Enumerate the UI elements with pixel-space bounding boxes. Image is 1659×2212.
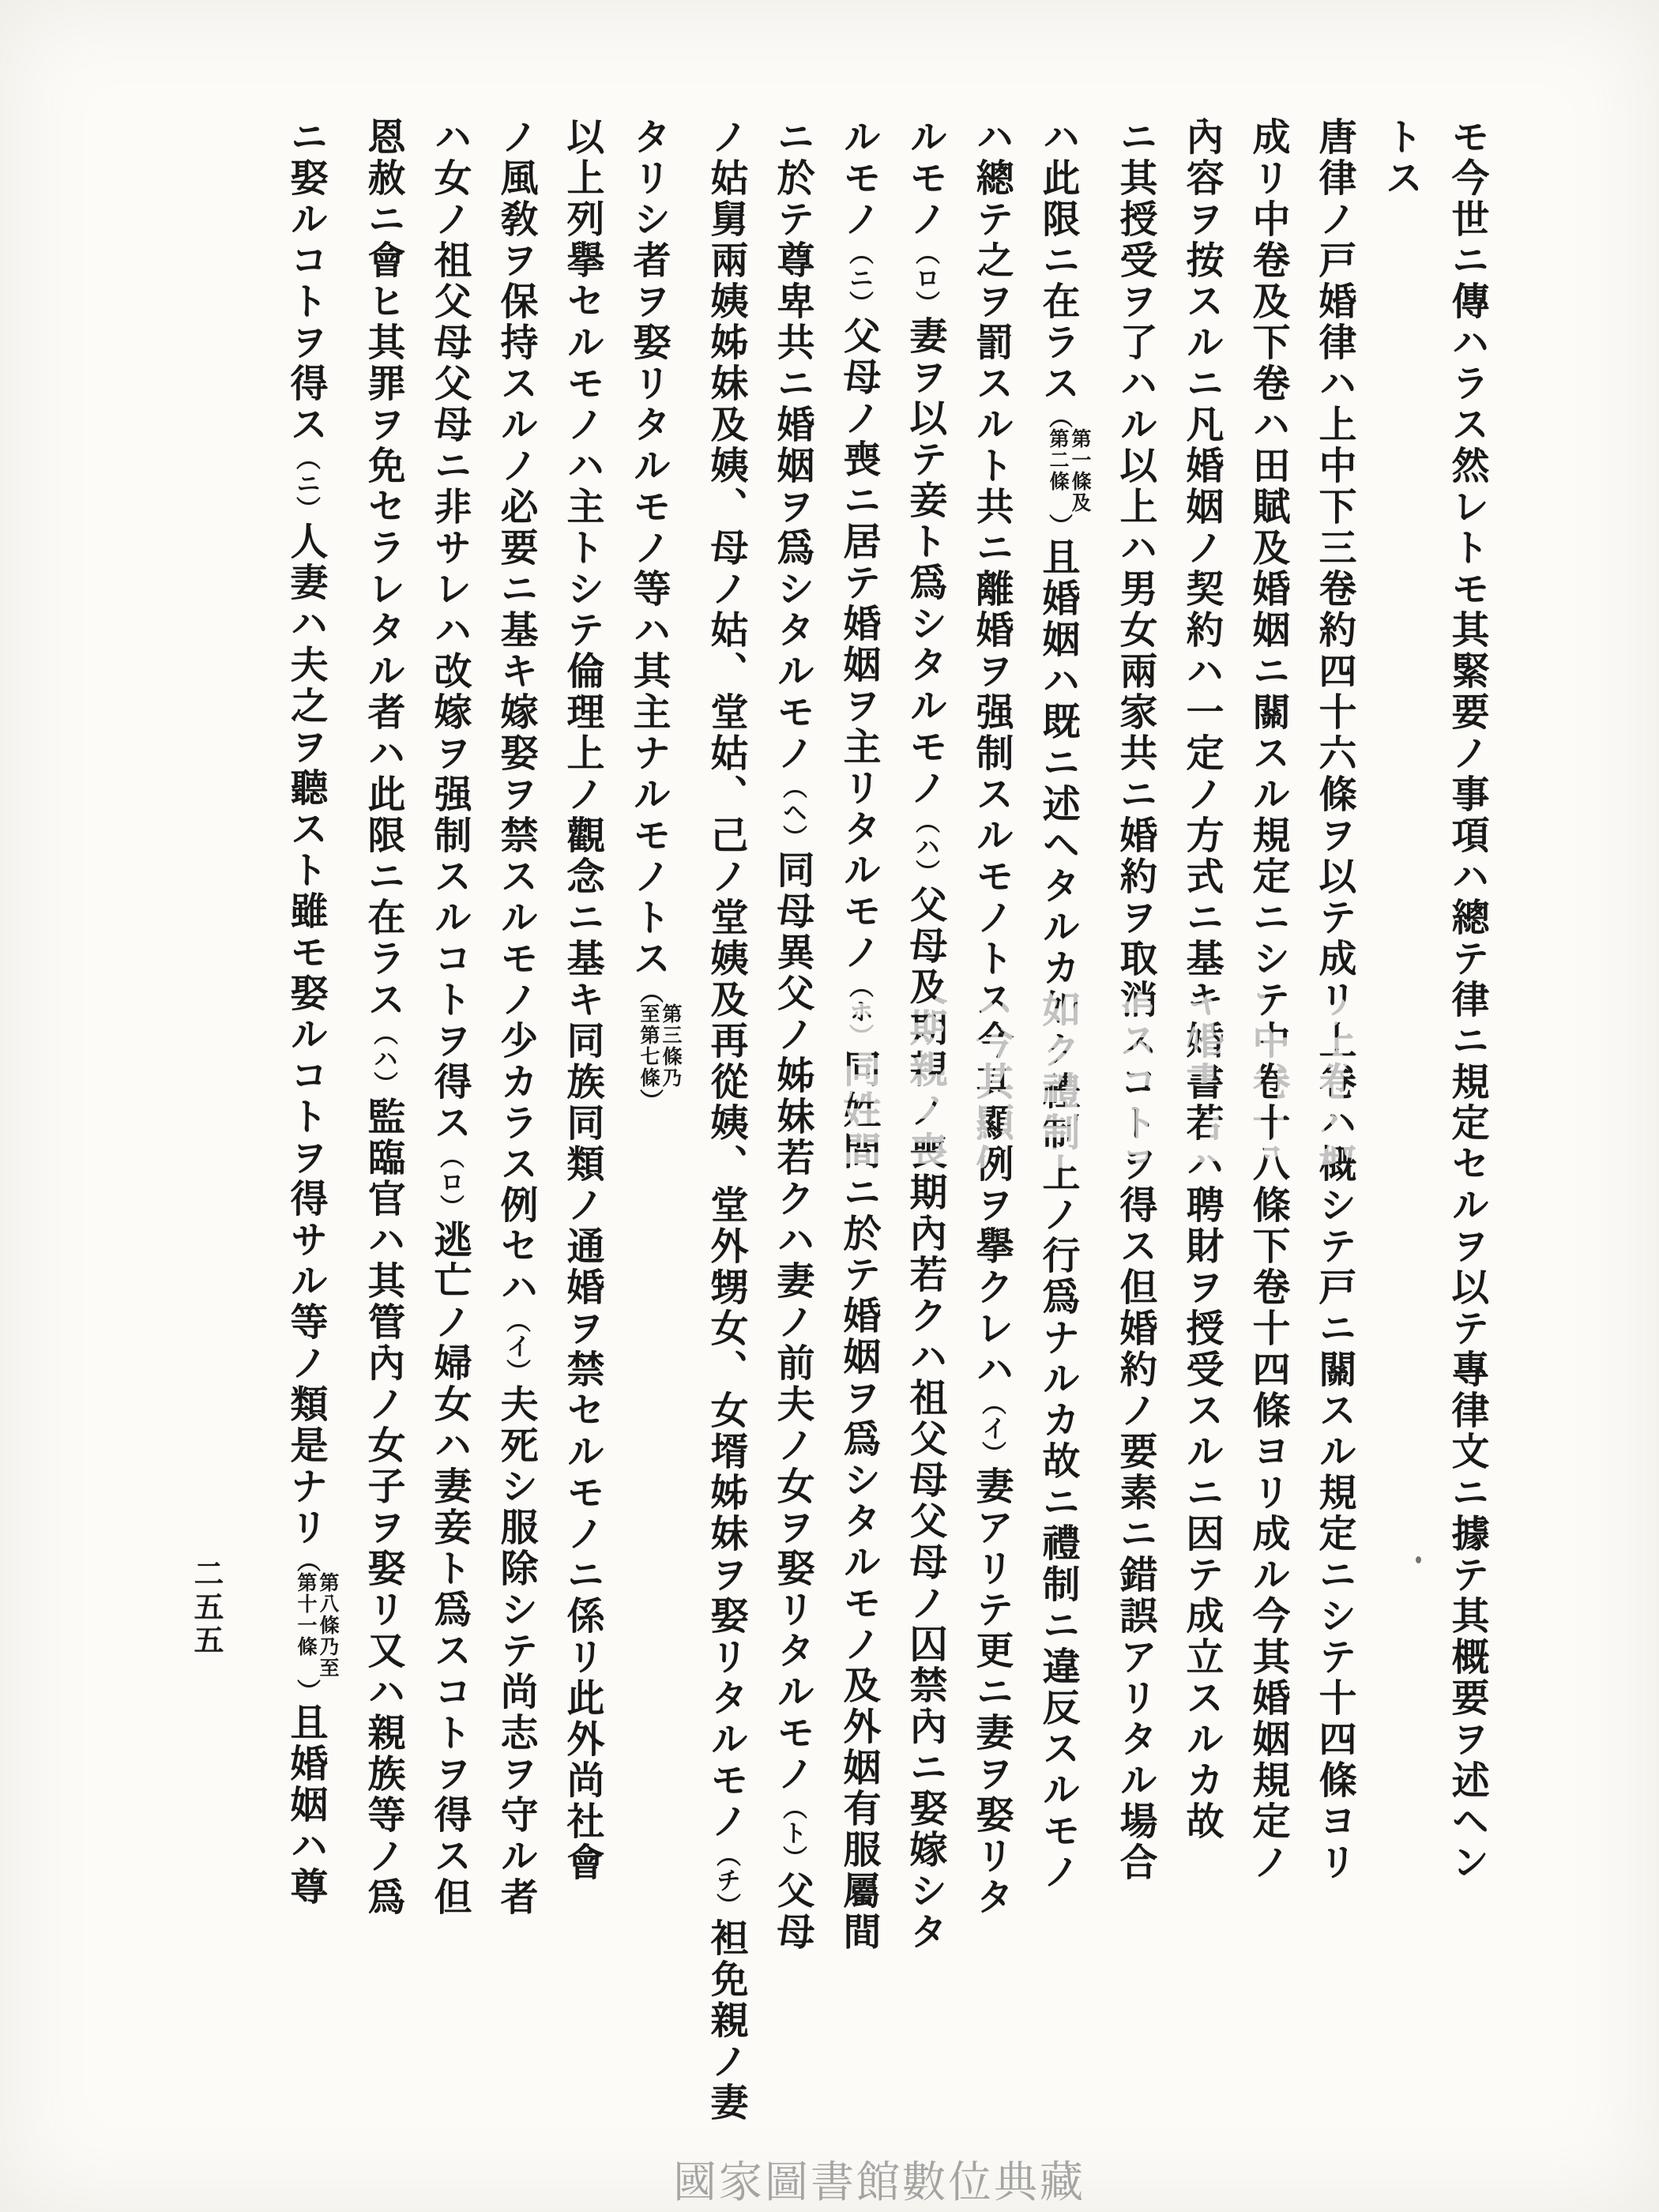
column-text: 妻ヲ以テ妾ト爲シタルモノ bbox=[903, 316, 947, 809]
text-column: 以上列擧セルモノハ主トシテ倫理上ノ觀念ニ基キ同族同類ノ通婚ヲ禁セルモノニ係リ此外… bbox=[560, 117, 604, 2068]
column-text: ルモノ bbox=[903, 117, 947, 240]
text-column: ルモノ（ロ）妻ヲ以テ妾ト爲シタルモノ（ハ）父母及期親ノ喪期內若クハ祖父母父母ノ囚… bbox=[903, 117, 947, 2068]
text-column: ハ此限ニ在ラス（第一條及第二條）且婚姻ハ既ニ述ヘタルカ如ク禮制上ノ行爲ナルカ故ニ… bbox=[1036, 117, 1091, 2068]
item-marker: （ロ） bbox=[911, 240, 939, 316]
item-marker: （ロ） bbox=[435, 1144, 464, 1220]
column-text: 同母異父ノ姊妹若クハ妻ノ前夫ノ女ヲ娶リタルモノ bbox=[770, 850, 814, 1795]
item-marker: （イ） bbox=[502, 1308, 530, 1384]
ink-speck bbox=[1416, 1556, 1421, 1563]
item-marker: （ハ） bbox=[911, 809, 939, 885]
item-marker: （イ） bbox=[977, 1390, 1006, 1466]
text-column: トス bbox=[1379, 117, 1423, 2068]
column-text: 且婚姻ハ尊 bbox=[284, 1702, 328, 1908]
column-text: 夫死シ服除シテ尚志ヲ守ル者 bbox=[494, 1384, 538, 1918]
text-column: 唐律ノ戸婚律ハ上中下三卷約四十六條ヲ以テ成リ上卷ハ概シテ戸ニ關スル規定ニシテ十四… bbox=[1312, 117, 1356, 2068]
text-column: モ今世ニ傳ハラス然レトモ其緊要ノ事項ハ總テ律ニ規定セルヲ以テ專律文ニ據テ其概要ヲ… bbox=[1445, 117, 1489, 2068]
column-text: 唐律ノ戸婚律ハ上中下三卷約四十六條ヲ以テ成リ上卷ハ概シテ戸ニ關スル規定ニシテ十四… bbox=[1312, 117, 1356, 1883]
column-text: 父母 bbox=[770, 1871, 814, 1953]
column-text: 父母及期親ノ喪期內若クハ祖父母父母ノ囚禁內ニ娶嫁シタ bbox=[903, 885, 947, 1953]
column-text: 父母ノ喪ニ居テ婚姻ヲ主リタルモノ bbox=[837, 316, 881, 973]
column-text: 人妻ハ夫之ヲ聽スト雖モ娶ルコトヲ得サル等ノ類是ナリ bbox=[284, 521, 328, 1548]
text-column: ノ風敎ヲ保持スルノ必要ニ基キ嫁娶ヲ禁スルモノ少カラス例セハ（イ）夫死シ服除シテ尚… bbox=[494, 117, 538, 2068]
text-column: 內容ヲ按スルニ凡婚姻ノ契約ハ一定ノ方式ニ基キ婚書若ハ聘財ヲ授受スルニ因テ成立スル… bbox=[1179, 117, 1224, 2068]
column-text: 恩赦ニ會ヒ其罪ヲ免セラレタル者ハ此限ニ在ラス bbox=[361, 117, 405, 1021]
column-text: 妻アリテ更ニ妻ヲ娶リタ bbox=[969, 1466, 1014, 1918]
column-text: モ今世ニ傳ハラス然レトモ其緊要ノ事項ハ總テ律ニ規定セルヲ以テ專律文ニ據テ其概要ヲ… bbox=[1445, 117, 1489, 1883]
column-text: 成リ中卷及下卷ハ田賦及婚姻ニ關スル規定ニシテ中卷十八條下卷十四條ヨリ成ル今其婚姻… bbox=[1246, 117, 1290, 1883]
item-marker: （ニ） bbox=[292, 446, 320, 521]
column-text: ニ其授受ヲ了ハル以上ハ男女兩家共ニ婚約ヲ取消スコトヲ得ス但婚約ノ要素ニ錯誤アリタ… bbox=[1113, 117, 1157, 1883]
column-text: トス bbox=[1379, 117, 1423, 199]
item-marker: （チ） bbox=[712, 1842, 740, 1918]
column-text: ハ總テ之ヲ罰スルト共ニ離婚ヲ强制スルモノトス今其顯例ヲ擧クレハ bbox=[969, 117, 1014, 1390]
scanned-document-page: モ今世ニ傳ハラス然レトモ其緊要ノ事項ハ總テ律ニ規定セルヲ以テ專律文ニ據テ其概要ヲ… bbox=[0, 0, 1659, 2212]
text-block: モ今世ニ傳ハラス然レトモ其緊要ノ事項ハ總テ律ニ規定セルヲ以テ專律文ニ據テ其概要ヲ… bbox=[261, 117, 1489, 2068]
inline-note: （第八條乃至第十一條） bbox=[284, 1548, 339, 1702]
column-text: ニ於テ尊卑共ニ婚姻ヲ爲シタルモノ bbox=[770, 117, 814, 774]
inline-note: （第一條及第二條） bbox=[1036, 404, 1091, 537]
item-marker: （ト） bbox=[778, 1795, 807, 1871]
column-text: ルモノ bbox=[837, 117, 881, 240]
column-text: 袒免親ノ妻 bbox=[704, 1918, 748, 2124]
column-text: ノ風敎ヲ保持スルノ必要ニ基キ嫁娶ヲ禁スルモノ少カラス例セハ bbox=[494, 117, 538, 1308]
text-column: ニ其授受ヲ了ハル以上ハ男女兩家共ニ婚約ヲ取消スコトヲ得ス但婚約ノ要素ニ錯誤アリタ… bbox=[1113, 117, 1157, 2068]
column-text: 且婚姻ハ既ニ述ヘタルカ如ク禮制上ノ行爲ナルカ故ニ禮制ニ違反スルモノ bbox=[1036, 537, 1080, 1893]
text-column: ニ娶ルコトヲ得ス（ニ）人妻ハ夫之ヲ聽スト雖モ娶ルコトヲ得サル等ノ類是ナリ（第八條… bbox=[284, 117, 339, 2068]
item-marker: （ホ） bbox=[845, 973, 873, 1049]
text-column: ハ女ノ祖父母父母ニ非サレハ改嫁ヲ强制スルコトヲ得ス（ロ）逃亡ノ婦女ハ妻妾ト爲スコ… bbox=[427, 117, 472, 2068]
column-text: ニ娶ルコトヲ得ス bbox=[284, 117, 328, 446]
page-number: 二五五 bbox=[185, 1558, 228, 1657]
column-text: 內容ヲ按スルニ凡婚姻ノ契約ハ一定ノ方式ニ基キ婚書若ハ聘財ヲ授受スルニ因テ成立スル… bbox=[1179, 117, 1224, 1842]
item-marker: （ヘ） bbox=[778, 774, 807, 850]
column-text: タリシ者ヲ娶リタルモノ等ハ其主ナルモノトス bbox=[626, 117, 671, 980]
text-column: 恩赦ニ會ヒ其罪ヲ免セラレタル者ハ此限ニ在ラス（ハ）監臨官ハ其管內ノ女子ヲ娶リ又ハ… bbox=[361, 117, 405, 2068]
column-text: 同姓間ニ於テ婚姻ヲ爲シタルモノ及外姻有服屬間 bbox=[837, 1049, 881, 1953]
item-marker: （ハ） bbox=[369, 1021, 397, 1097]
column-text: ノ姑舅兩姨姊妹及姨、母ノ姑、堂姑、己ノ堂姨及再從姨、堂外甥女、女壻姊妹ヲ娶リタル… bbox=[704, 117, 748, 1842]
column-text: 逃亡ノ婦女ハ妻妾ト爲スコトヲ得ス但 bbox=[427, 1220, 472, 1918]
text-column: ハ總テ之ヲ罰スルト共ニ離婚ヲ强制スルモノトス今其顯例ヲ擧クレハ（イ）妻アリテ更ニ… bbox=[969, 117, 1014, 2068]
footer-caption: 國家圖書館數位典藏 bbox=[673, 2147, 1085, 2210]
column-text: ハ此限ニ在ラス bbox=[1036, 117, 1080, 404]
column-text: 監臨官ハ其管內ノ女子ヲ娶リ又ハ親族等ノ爲 bbox=[361, 1097, 405, 1918]
column-text: 以上列擧セルモノハ主トシテ倫理上ノ觀念ニ基キ同族同類ノ通婚ヲ禁セルモノニ係リ此外… bbox=[560, 117, 604, 1883]
text-column: ノ姑舅兩姨姊妹及姨、母ノ姑、堂姑、己ノ堂姨及再從姨、堂外甥女、女壻姊妹ヲ娶リタル… bbox=[704, 117, 748, 2068]
text-column: ニ於テ尊卑共ニ婚姻ヲ爲シタルモノ（ヘ）同母異父ノ姊妹若クハ妻ノ前夫ノ女ヲ娶リタル… bbox=[770, 117, 814, 2068]
item-marker: （ニ） bbox=[845, 240, 873, 316]
inline-note: （第三條乃至第七條） bbox=[626, 980, 682, 1112]
column-text: ハ女ノ祖父母父母ニ非サレハ改嫁ヲ强制スルコトヲ得ス bbox=[427, 117, 472, 1144]
text-column: ルモノ（ニ）父母ノ喪ニ居テ婚姻ヲ主リタルモノ（ホ）同姓間ニ於テ婚姻ヲ爲シタルモノ… bbox=[837, 117, 881, 2068]
text-column: タリシ者ヲ娶リタルモノ等ハ其主ナルモノトス（第三條乃至第七條） bbox=[626, 117, 682, 2068]
text-column: 成リ中卷及下卷ハ田賦及婚姻ニ關スル規定ニシテ中卷十八條下卷十四條ヨリ成ル今其婚姻… bbox=[1246, 117, 1290, 2068]
